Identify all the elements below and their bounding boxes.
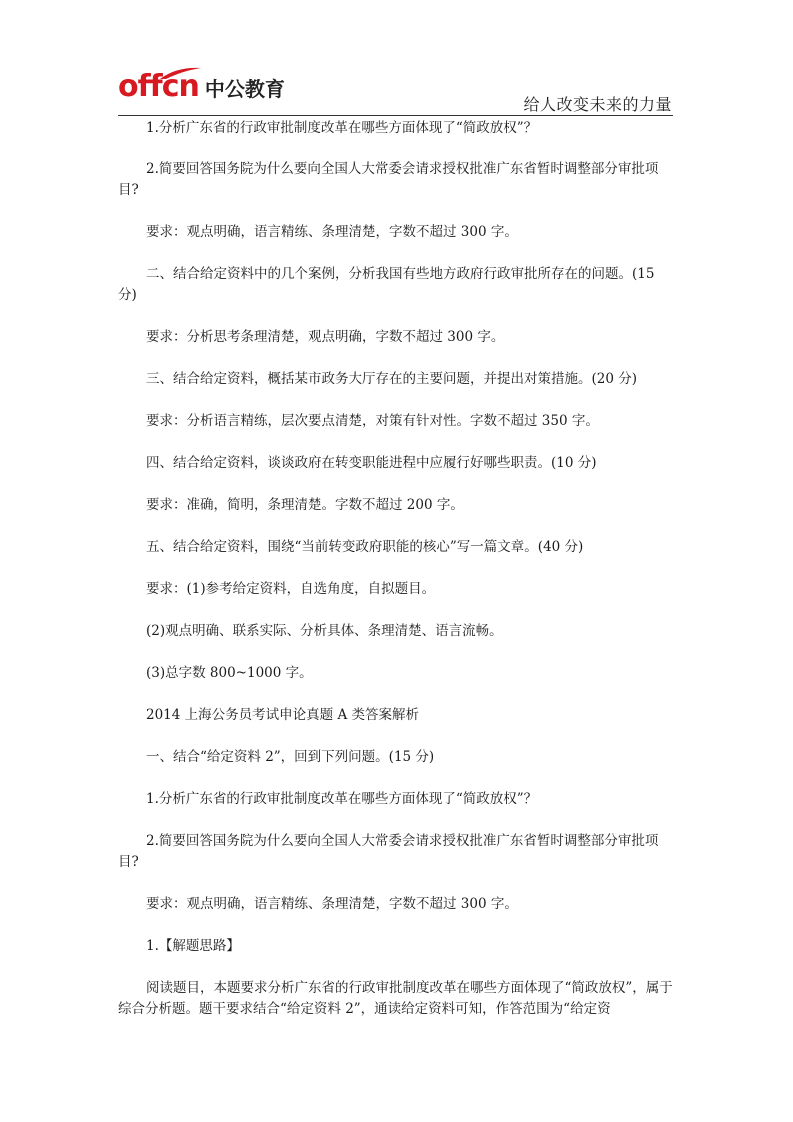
paragraph: (2)观点明确、联系实际、分析具体、条理清楚、语言流畅。: [118, 621, 673, 642]
paragraph: 2.简要回答国务院为什么要向全国人大常委会请求授权批准广东省暂时调整部分审批项目…: [118, 159, 673, 201]
paragraph: 五、结合给定资料，围绕“当前转变政府职能的核心”写一篇文章。(40 分): [118, 537, 673, 558]
section-heading: 2014 上海公务员考试申论真题 A 类答案解析: [118, 705, 673, 726]
paragraph: 二、结合给定资料中的几个案例，分析我国有些地方政府行政审批所存在的问题。(15分…: [118, 264, 673, 306]
paragraph: 1.分析广东省的行政审批制度改革在哪些方面体现了“简政放权”？: [118, 789, 673, 810]
paragraph: 要求：准确，简明，条理清楚。字数不超过 200 字。: [118, 495, 673, 516]
paragraph: 要求：分析思考条理清楚，观点明确，字数不超过 300 字。: [118, 327, 673, 348]
paragraph: 阅读题目，本题要求分析广东省的行政审批制度改革在哪些方面体现了“简政放权”，属于…: [118, 978, 673, 1020]
paragraph: 要求：分析语言精练，层次要点清楚，对策有针对性。字数不超过 350 字。: [118, 411, 673, 432]
paragraph: 三、结合给定资料，概括某市政务大厅存在的主要问题，并提出对策措施。(20 分): [118, 369, 673, 390]
header-slogan: 给人改变未来的力量: [523, 92, 672, 115]
logo-chinese-text: 中公教育: [205, 76, 285, 102]
paragraph: (3)总字数 800~1000 字。: [118, 663, 673, 684]
paragraph: 2.简要回答国务院为什么要向全国人大常委会请求授权批准广东省暂时调整部分审批项目…: [118, 831, 673, 873]
header-divider: [118, 115, 673, 116]
paragraph: 要求：观点明确，语言精练、条理清楚，字数不超过 300 字。: [118, 222, 673, 243]
subheading: 1.【解题思路】: [118, 936, 673, 957]
paragraph: 要求：(1)参考给定资料，自选角度，自拟题目。: [118, 579, 673, 600]
paragraph: 四、结合给定资料，谈谈政府在转变职能进程中应履行好哪些职责。(10 分): [118, 453, 673, 474]
logo-swoosh-icon: [158, 66, 202, 80]
offcn-logo: offcn 中公教育: [118, 66, 285, 102]
paragraph: 要求：观点明确，语言精练、条理清楚，字数不超过 300 字。: [118, 894, 673, 915]
paragraph: 一、结合“给定资料 2”，回到下列问题。(15 分): [118, 747, 673, 768]
paragraph: 1.分析广东省的行政审批制度改革在哪些方面体现了“简政放权”？: [118, 118, 673, 139]
logo-wordmark: offcn: [118, 72, 199, 102]
